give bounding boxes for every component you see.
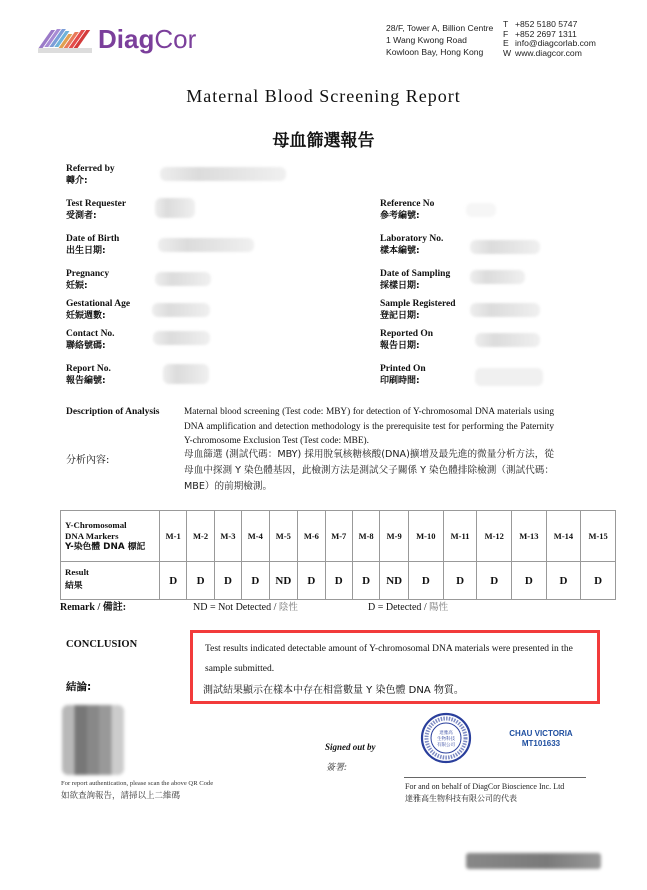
redacted-test-requester — [155, 198, 195, 218]
marker-result-cell: D — [352, 562, 379, 600]
field-reference-no: Reference No參考編號: — [380, 198, 434, 222]
marker-result-cell: D — [187, 562, 214, 600]
company-seal-icon: 達雅高 生物科技 有限公司 — [420, 712, 472, 764]
marker-result-cell: D — [512, 562, 547, 600]
qr-code-redacted — [62, 705, 124, 775]
signer-id: MT101633 — [505, 739, 577, 749]
field-reported-on: Reported On報告日期: — [380, 328, 433, 352]
marker-header-cell: M-15 — [581, 511, 616, 562]
marker-result-cell: D — [581, 562, 616, 600]
marker-header-cell: M-6 — [298, 511, 325, 562]
redacted-footer — [466, 853, 601, 869]
on-behalf-text: For and on behalf of DiagCor Bioscience … — [405, 781, 564, 805]
field-date-of-sampling: Date of Sampling採樣日期: — [380, 268, 450, 292]
marker-result-cell: D — [409, 562, 444, 600]
marker-result-cell: D — [214, 562, 241, 600]
conclusion-highlight-box: Test results indicated detectable amount… — [190, 630, 600, 704]
description-text-zh: 母血篩選 (測試代碼：MBY) 採用脫氧核糖核酸(DNA)擴增及最先進的微量分析… — [184, 447, 554, 495]
remark-label: Remark / 備註: — [60, 598, 126, 613]
marker-result-cell: D — [298, 562, 325, 600]
marker-result-cell: D — [242, 562, 269, 600]
company-address: 28/F, Tower A, Billion Centre 1 Wang Kwo… — [386, 22, 493, 58]
redacted-gestational-age — [152, 303, 210, 317]
field-printed-on: Printed On印刷時間: — [380, 363, 426, 387]
field-test-requester: Test Requester受測者: — [66, 198, 126, 222]
field-pregnancy: Pregnancy妊娠: — [66, 268, 109, 292]
marker-result-cell: ND — [380, 562, 409, 600]
conclusion-text: Test results indicated detectable amount… — [205, 639, 585, 679]
marker-header-cell: M-9 — [380, 511, 409, 562]
field-gestational-age: Gestational Age妊娠週數: — [66, 298, 130, 322]
marker-header-cell: M-10 — [409, 511, 444, 562]
redacted-contact-no — [153, 331, 210, 345]
description-label: Description of Analysis — [66, 407, 159, 417]
redacted-date-of-birth — [158, 238, 254, 252]
redacted-reference-no — [466, 203, 496, 217]
redacted-reported-on — [475, 333, 540, 347]
field-contact-no: Contact No.聯絡號碼: — [66, 328, 115, 352]
signer-block: CHAU VICTORIA MT101633 — [505, 729, 577, 749]
marker-header-cell: M-7 — [325, 511, 352, 562]
marker-result-cell: D — [160, 562, 187, 600]
marker-header-row: Y-Chromosomal DNA Markers Y-染色體 DNA 標記 M… — [61, 511, 616, 562]
marker-result-cell: D — [477, 562, 512, 600]
markers-table: Y-Chromosomal DNA Markers Y-染色體 DNA 標記 M… — [60, 510, 616, 600]
marker-header-cell: M-5 — [269, 511, 298, 562]
field-date-of-birth: Date of Birth出生日期: — [66, 233, 119, 257]
marker-header-cell: M-1 — [160, 511, 187, 562]
field-laboratory-no: Laboratory No.樣本編號: — [380, 233, 443, 257]
marker-header-cell: M-2 — [187, 511, 214, 562]
redacted-printed-on — [475, 368, 543, 386]
marker-header-cell: M-4 — [242, 511, 269, 562]
redacted-pregnancy — [155, 272, 211, 286]
redacted-laboratory-no — [470, 240, 540, 254]
brand-name: DiagCor — [98, 24, 196, 55]
signed-out-by-label: Signed out by — [325, 742, 376, 752]
signature-line — [404, 777, 586, 778]
svg-text:有限公司: 有限公司 — [437, 741, 455, 748]
field-referred-by: Referred by轉介: — [66, 163, 115, 187]
field-report-no: Report No.報告編號: — [66, 363, 111, 387]
marker-result-cell: D — [443, 562, 477, 600]
svg-text:達雅高: 達雅高 — [439, 729, 453, 736]
marker-header-cell: M-11 — [443, 511, 477, 562]
company-contacts: T+852 5180 5747 F+852 2697 1311 Einfo@di… — [503, 20, 596, 58]
marker-result-cell: ND — [269, 562, 298, 600]
report-title: Maternal Blood Screening Report — [0, 86, 647, 107]
remark-nd: ND = Not Detected / 陰性 — [193, 599, 298, 613]
diagcor-logo: DiagCor — [36, 22, 196, 62]
description-label-zh: 分析內容: — [66, 451, 109, 466]
redacted-referred-by — [160, 167, 286, 181]
signer-name: CHAU VICTORIA — [505, 729, 577, 739]
svg-text:生物科技: 生物科技 — [437, 735, 455, 742]
result-label: Result 結果 — [61, 562, 160, 600]
marker-result-cell: D — [546, 562, 581, 600]
redacted-report-no — [163, 364, 209, 384]
marker-header-label: Y-Chromosomal DNA Markers Y-染色體 DNA 標記 — [61, 511, 160, 562]
marker-result-cell: D — [325, 562, 352, 600]
conclusion-text-zh: 測試結果顯示在樣本中存在相當數量 Y 染色體 DNA 物質。 — [203, 681, 464, 696]
report-title-zh: 母血篩選報告 — [0, 126, 647, 151]
field-sample-registered: Sample Registered登記日期: — [380, 298, 456, 322]
remark-d: D = Detected / 陽性 — [368, 599, 448, 613]
marker-header-cell: M-8 — [352, 511, 379, 562]
conclusion-label-zh: 結論: — [66, 679, 91, 694]
redacted-date-of-sampling — [470, 270, 525, 284]
dna-array-logo-icon — [36, 26, 98, 56]
redacted-sample-registered — [470, 303, 540, 317]
marker-header-cell: M-12 — [477, 511, 512, 562]
signed-out-by-label-zh: 簽署: — [326, 760, 347, 773]
conclusion-label: CONCLUSION — [66, 639, 137, 650]
result-row: Result 結果 DDDDNDDDDNDDDDDDD — [61, 562, 616, 600]
description-text: Maternal blood screening (Test code: MBY… — [184, 405, 554, 449]
marker-header-cell: M-13 — [512, 511, 547, 562]
qr-note-zh: 如欲查詢報告，請掃以上二維碼 — [61, 789, 180, 801]
qr-note: For report authentication, please scan t… — [61, 780, 213, 787]
marker-header-cell: M-14 — [546, 511, 581, 562]
marker-header-cell: M-3 — [214, 511, 241, 562]
